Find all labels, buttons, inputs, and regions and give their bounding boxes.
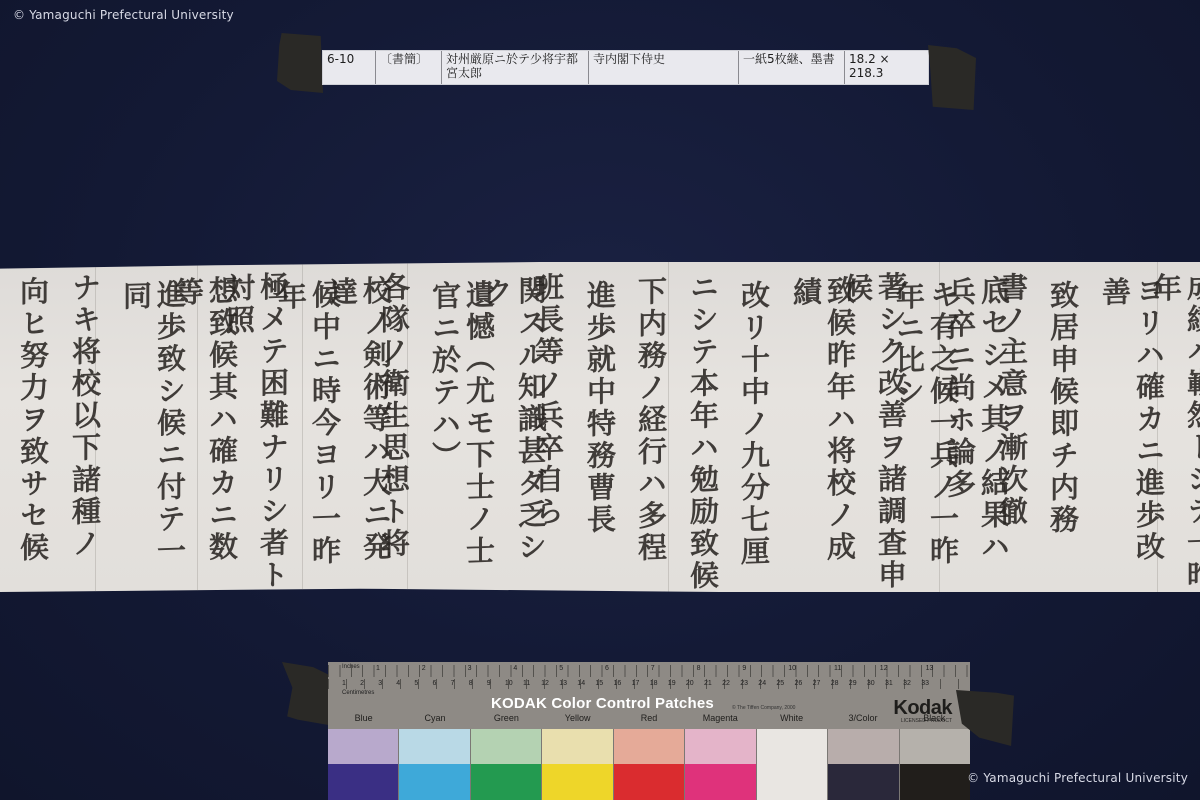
color-patch-red [614, 729, 685, 800]
calligraphy-column: ナキ将校以下諸種ノ [68, 271, 102, 560]
cm-mark: 24 [758, 680, 766, 687]
inch-mark: 8 [697, 665, 701, 672]
patch-light [471, 729, 541, 764]
patch-dark [328, 764, 398, 800]
inch-mark: 10 [788, 665, 796, 672]
patch-light [542, 729, 612, 764]
cm-mark: 3 [378, 680, 382, 687]
catalog-dimensions: 18.2 × 218.3 [845, 51, 928, 84]
inch-mark: 1 [376, 665, 380, 672]
cm-mark: 16 [614, 680, 622, 687]
patch-light [614, 729, 684, 764]
color-patch-3-color [828, 729, 899, 800]
cm-mark: 13 [559, 680, 567, 687]
calligraphy-column: 遺憾（尤モ下士ノ士官ニ於テハ） [428, 279, 496, 593]
patch-label-magenta: Magenta [685, 713, 756, 729]
dimensions-line2: 218.3 [849, 66, 924, 80]
cm-mark: 19 [668, 680, 676, 687]
patch-label-white: White [756, 713, 827, 729]
cm-mark: 25 [776, 680, 784, 687]
inch-mark: 6 [605, 665, 609, 672]
catalog-title: 対州厳原ニ於テ少将宇都宮太郎 [442, 51, 589, 84]
cm-mark: 10 [505, 680, 513, 687]
patch-light [757, 729, 827, 764]
color-patch-blue [328, 729, 399, 800]
copyright-bottom: © Yamaguchi Prefectural University [967, 771, 1188, 785]
cm-mark: 9 [487, 680, 491, 687]
tape-piece [282, 662, 334, 726]
patch-dark [900, 764, 970, 800]
cm-mark: 5 [414, 680, 418, 687]
cm-mark: 2 [360, 680, 364, 687]
cm-mark: 14 [577, 680, 585, 687]
cm-mark: 1 [342, 680, 346, 687]
color-patch-green [471, 729, 542, 800]
cm-mark: 28 [831, 680, 839, 687]
cm-mark: 7 [451, 680, 455, 687]
calligraphy-columns: 成績ハ嶄然トシテ一昨年ヨリハ確カニ進歩改善致居申候即チ内務書ノ主意ヲ漸次徹底セシ… [0, 262, 1200, 592]
patch-label-yellow: Yellow [542, 713, 613, 729]
inches-label: Inches [342, 664, 360, 670]
copyright-top: © Yamaguchi Prefectural University [13, 8, 234, 22]
cm-mark: 18 [650, 680, 658, 687]
cm-mark: 4 [396, 680, 400, 687]
patch-dark [685, 764, 755, 800]
inch-mark: 2 [422, 665, 426, 672]
catalog-recipient: 寺内閣下侍史 [589, 51, 739, 84]
cm-mark: 12 [541, 680, 549, 687]
cm-mark: 6 [433, 680, 437, 687]
inch-mark: 3 [468, 665, 472, 672]
inch-mark: 12 [880, 665, 888, 672]
patch-dark [757, 764, 827, 800]
patch-dark [399, 764, 469, 800]
cm-mark: 17 [632, 680, 640, 687]
tape-piece [277, 33, 323, 93]
patch-label-black: Black [899, 713, 970, 729]
cm-mark: 26 [795, 680, 803, 687]
cm-mark: 27 [813, 680, 821, 687]
inch-mark: 7 [651, 665, 655, 672]
patch-dark [614, 764, 684, 800]
letter-scroll: 成績ハ嶄然トシテ一昨年ヨリハ確カニ進歩改善致居申候即チ内務書ノ主意ヲ漸次徹底セシ… [0, 262, 1200, 592]
catalog-label: 6-10 〔書簡〕 対州厳原ニ於テ少将宇都宮太郎 寺内閣下侍史 一紙5枚継、墨書… [322, 50, 929, 85]
inch-mark: 5 [559, 665, 563, 672]
patch-light [900, 729, 970, 764]
cm-mark: 15 [595, 680, 603, 687]
color-patch-white [757, 729, 828, 800]
calligraphy-column: 進歩致シ候ニ付テ一同 [119, 279, 187, 593]
cm-mark: 33 [921, 680, 929, 687]
inch-mark: 11 [834, 665, 841, 672]
calligraphy-column: 改リ十中ノ九分七厘 [737, 279, 771, 568]
inch-mark: 13 [926, 665, 934, 672]
patch-label-blue: Blue [328, 713, 399, 729]
cm-mark: 31 [885, 680, 893, 687]
cm-mark: 23 [740, 680, 748, 687]
cm-mark: 20 [686, 680, 694, 687]
kodak-color-chart: Inches Centimetres 12345678910111213 123… [328, 662, 970, 800]
patch-labels: BlueCyanGreenYellowRedMagentaWhite3/Colo… [328, 713, 970, 729]
color-patch-black [900, 729, 970, 800]
chart-title: KODAK Color Control Patches [491, 695, 714, 712]
catalog-id: 6-10 [323, 51, 376, 84]
cm-mark: 32 [903, 680, 911, 687]
dimensions-line1: 18.2 × [849, 52, 924, 66]
cm-mark: 30 [867, 680, 875, 687]
calligraphy-column: 進歩就中特務曹長 [583, 279, 617, 536]
calligraphy-column: 致居申候即チ内務 [1046, 279, 1080, 536]
catalog-format: 一紙5枚継、墨書 [739, 51, 845, 84]
calligraphy-column: ヨリハ確カニ進歩改善 [1098, 275, 1166, 593]
patch-light [828, 729, 898, 764]
patch-light [685, 729, 755, 764]
inch-mark: 9 [742, 665, 746, 672]
cm-label: Centimetres [342, 690, 374, 696]
tape-piece [928, 45, 976, 110]
color-patches [328, 729, 970, 800]
patch-dark [542, 764, 612, 800]
patch-label-cyan: Cyan [399, 713, 470, 729]
inch-mark: 4 [513, 665, 517, 672]
color-patch-yellow [542, 729, 613, 800]
calligraphy-column: 下内務ノ経行ハ多程 [634, 275, 668, 564]
calligraphy-column: 致候昨年ハ将校ノ成績 [789, 275, 857, 593]
patch-label-3-color: 3/Color [827, 713, 898, 729]
patch-label-red: Red [613, 713, 684, 729]
patch-light [399, 729, 469, 764]
patch-label-green: Green [471, 713, 542, 729]
cm-mark: 22 [722, 680, 730, 687]
cm-mark: 29 [849, 680, 857, 687]
cm-mark: 21 [704, 680, 712, 687]
chart-copyright: © The Tiffen Company, 2000 [732, 705, 795, 711]
cm-mark: 8 [469, 680, 473, 687]
calligraphy-column: ニシテ本年ハ勉励致候 [686, 271, 720, 592]
patch-dark [471, 764, 541, 800]
calligraphy-column: 向ヒ努力ヲ致サセ候 [16, 275, 50, 564]
patch-light [328, 729, 398, 764]
cm-mark: 11 [523, 680, 530, 687]
patch-dark [828, 764, 898, 800]
catalog-category: 〔書簡〕 [376, 51, 442, 84]
color-patch-magenta [685, 729, 756, 800]
ruler: Inches Centimetres 12345678910111213 123… [328, 662, 970, 698]
color-patch-cyan [399, 729, 470, 800]
